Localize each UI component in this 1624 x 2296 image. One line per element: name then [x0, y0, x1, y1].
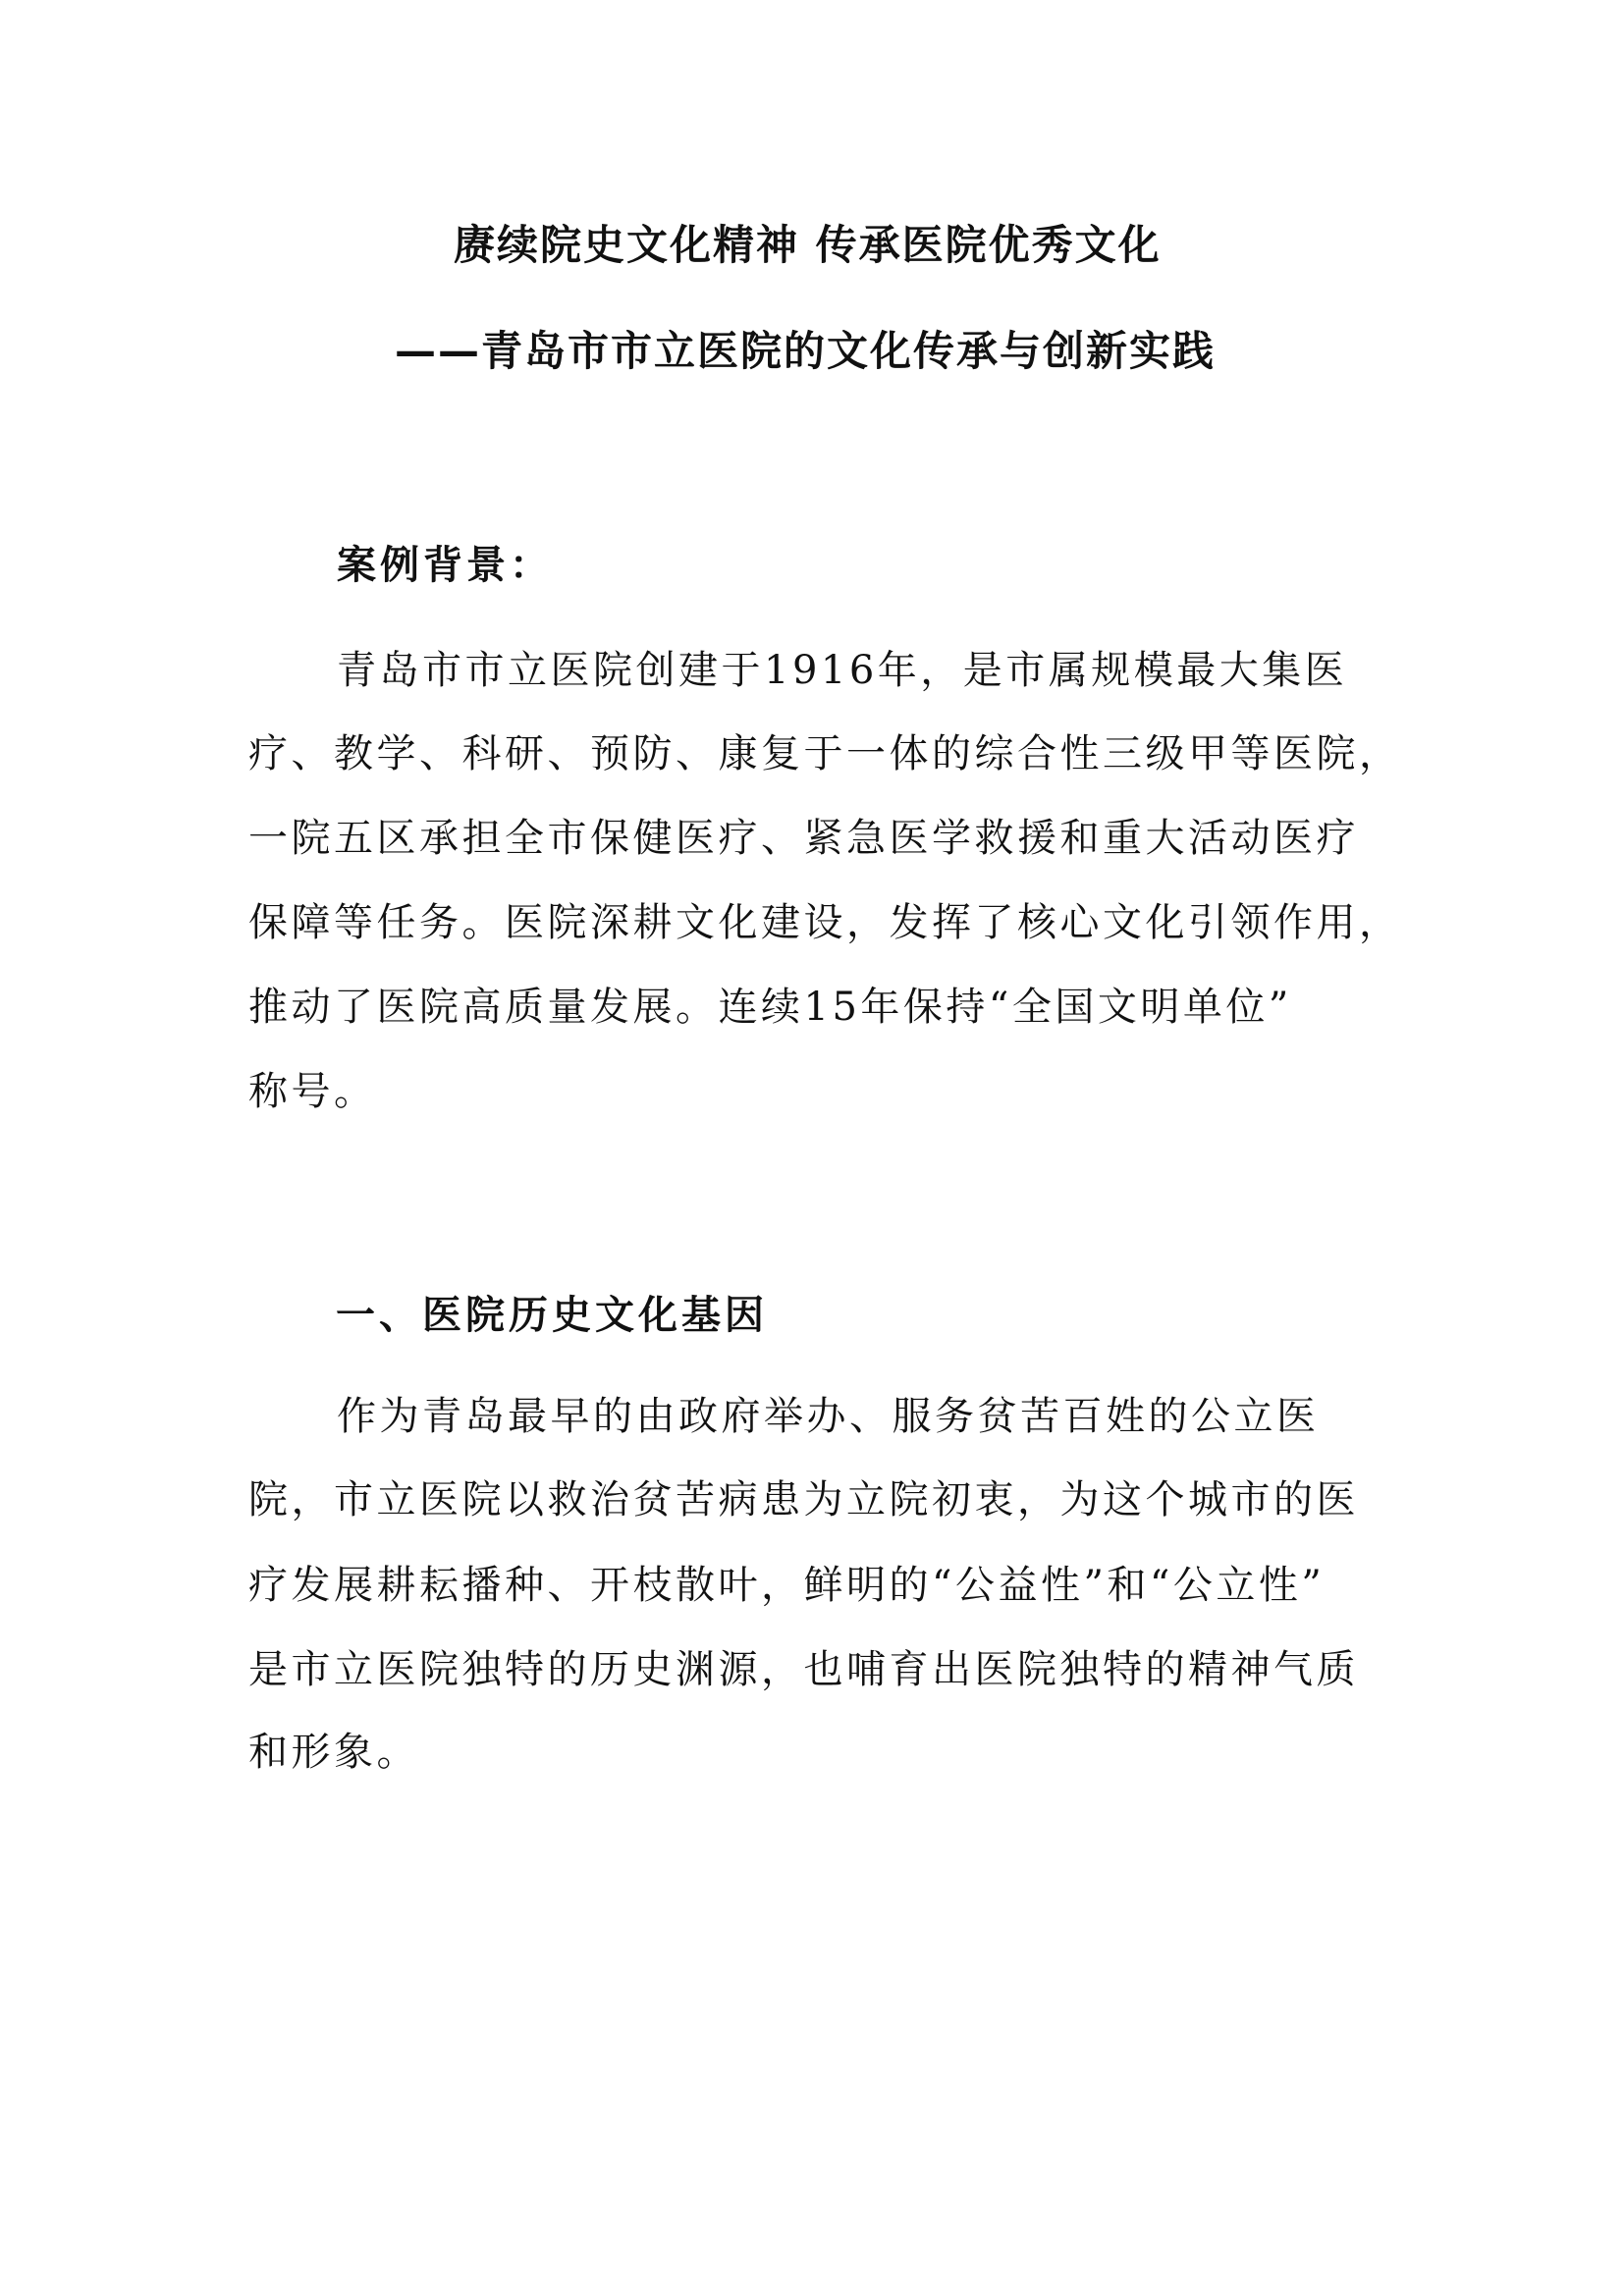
section-heading-background: 案例背景： — [337, 542, 553, 589]
document-title: 赓续院史文化精神 传承医院优秀文化 — [454, 222, 1162, 269]
paragraph-line: 称号。 — [248, 1068, 377, 1115]
paragraph-line: 是市立医院独特的历史渊源，也哺育出医院独特的精神气质 — [248, 1646, 1359, 1693]
paragraph-line: 保障等任务。医院深耕文化建设，发挥了核心文化引领作用， — [248, 899, 1402, 946]
paragraph-line: 和形象。 — [248, 1729, 419, 1776]
paragraph-line: 推动了医院高质量发展。连续15年保持“全国文明单位” — [248, 984, 1292, 1031]
document-page: 赓续院史文化精神 传承医院优秀文化 ——青岛市市立医院的文化传承与创新实践 案例… — [0, 0, 1624, 2296]
paragraph-line: 一院五区承担全市保健医疗、紧急医学救援和重大活动医疗 — [248, 815, 1359, 862]
paragraph-line: 院，市立医院以救治贫苦病患为立院初衷，为这个城市的医 — [248, 1476, 1359, 1523]
paragraph-line: 疗、教学、科研、预防、康复于一体的综合性三级甲等医院， — [248, 730, 1402, 777]
paragraph-line: 作为青岛最早的由政府举办、服务贫苦百姓的公立医 — [337, 1393, 1320, 1440]
paragraph-line: 疗发展耕耘播种、开枝散叶，鲜明的“公益性”和“公立性” — [248, 1562, 1325, 1609]
section-heading-history: 一、医院历史文化基因 — [336, 1292, 768, 1339]
document-subtitle: ——青岛市市立医院的文化传承与创新实践 — [395, 328, 1216, 375]
paragraph-line: 青岛市市立医院创建于1916年，是市属规模最大集医 — [337, 647, 1347, 694]
